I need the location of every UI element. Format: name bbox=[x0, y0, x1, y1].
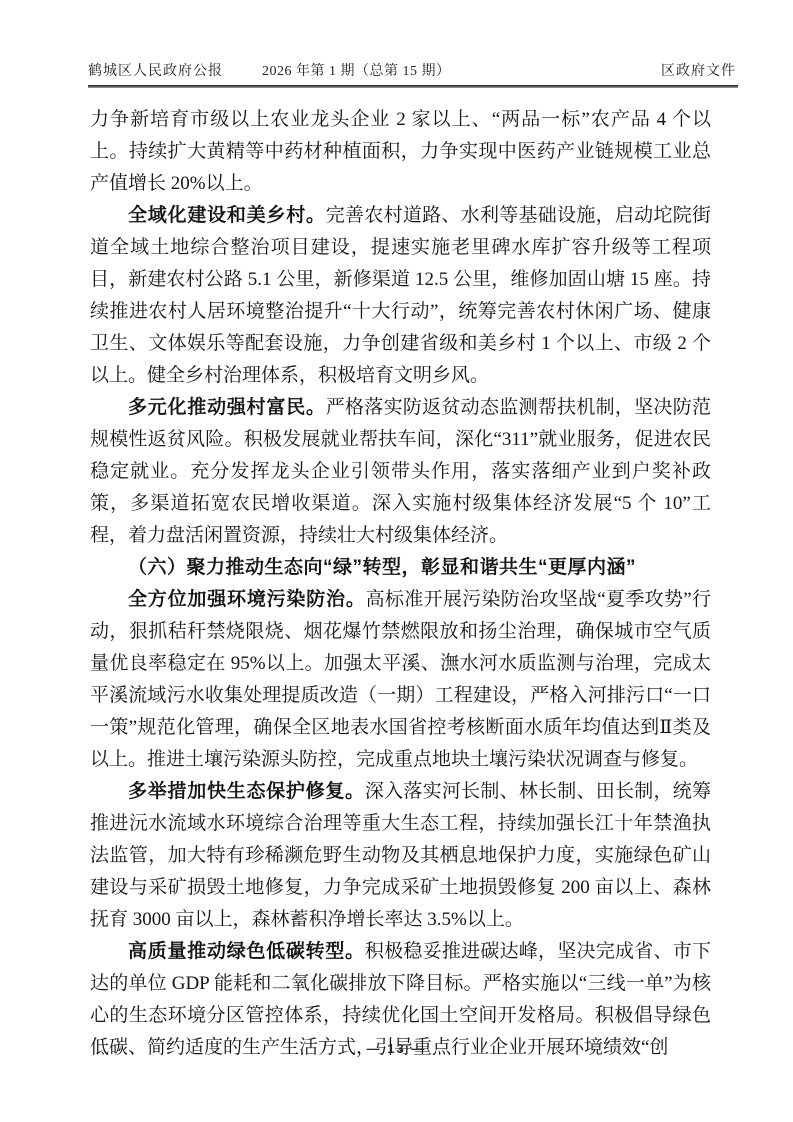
header-rule bbox=[88, 85, 738, 88]
paragraph-text: 高标准开展污染防治攻坚战“夏季攻势”行动，狠抓秸秆禁烧限烧、烟花爆竹禁燃限放和扬… bbox=[90, 589, 711, 770]
page-footer: — 13 — bbox=[0, 1040, 793, 1058]
paragraph-text: 完善农村道路、水利等基础设施，启动坨院街道全域土地综合整治项目建设，提速实施老里… bbox=[90, 205, 711, 386]
paragraph-text: 深入落实河长制、林长制、田长制，统筹推进沅水流域水环境综合治理等重大生态工程，持… bbox=[90, 781, 711, 930]
paragraph: 多举措加快生态保护修复。深入落实河长制、林长制、田长制，统筹推进沅水流域水环境综… bbox=[90, 776, 711, 936]
header-publication-title: 鹤城区人民政府公报 bbox=[88, 62, 223, 82]
header-section-label: 区政府文件 bbox=[661, 62, 736, 82]
paragraph: 全方位加强环境污染防治。高标准开展污染防治攻坚战“夏季攻势”行动，狠抓秸秆禁烧限… bbox=[90, 584, 711, 776]
section-heading: （六）聚力推动生态向“绿”转型，彰显和谐共生“更厚内涵” bbox=[90, 552, 711, 584]
paragraph: 全域化建设和美乡村。完善农村道路、水利等基础设施，启动坨院街道全域土地综合整治项… bbox=[90, 200, 711, 392]
page-number: — 13 — bbox=[367, 1041, 427, 1056]
paragraph: 力争新培育市级以上农业龙头企业 2 家以上、“两品一标”农产品 4 个以上。持续… bbox=[90, 104, 711, 200]
paragraph-lead: 全域化建设和美乡村。 bbox=[128, 205, 326, 226]
gazette-page: 鹤城区人民政府公报 2026 年第 1 期（总第 15 期） 区政府文件 力争新… bbox=[0, 0, 793, 1122]
paragraph: 多元化推动强村富民。严格落实防返贫动态监测帮扶机制，坚决防范规模性返贫风险。积极… bbox=[90, 392, 711, 552]
paragraph-text: 力争新培育市级以上农业龙头企业 2 家以上、“两品一标”农产品 4 个以上。持续… bbox=[90, 109, 711, 194]
document-body: 力争新培育市级以上农业龙头企业 2 家以上、“两品一标”农产品 4 个以上。持续… bbox=[90, 104, 711, 1064]
paragraph-lead: 多元化推动强村富民。 bbox=[128, 397, 326, 418]
paragraph-lead: 多举措加快生态保护修复。 bbox=[128, 781, 365, 802]
header-issue-info: 2026 年第 1 期（总第 15 期） bbox=[262, 62, 451, 82]
paragraph-lead: 全方位加强环境污染防治。 bbox=[128, 589, 366, 610]
paragraph-text: 严格落实防返贫动态监测帮扶机制，坚决防范规模性返贫风险。积极发展就业帮扶车间，深… bbox=[90, 397, 711, 546]
paragraph-lead: 高质量推动绿色低碳转型。 bbox=[128, 941, 365, 962]
page-header: 鹤城区人民政府公报 2026 年第 1 期（总第 15 期） 区政府文件 bbox=[0, 62, 793, 82]
paragraph-text: （六）聚力推动生态向“绿”转型，彰显和谐共生“更厚内涵” bbox=[128, 557, 636, 578]
